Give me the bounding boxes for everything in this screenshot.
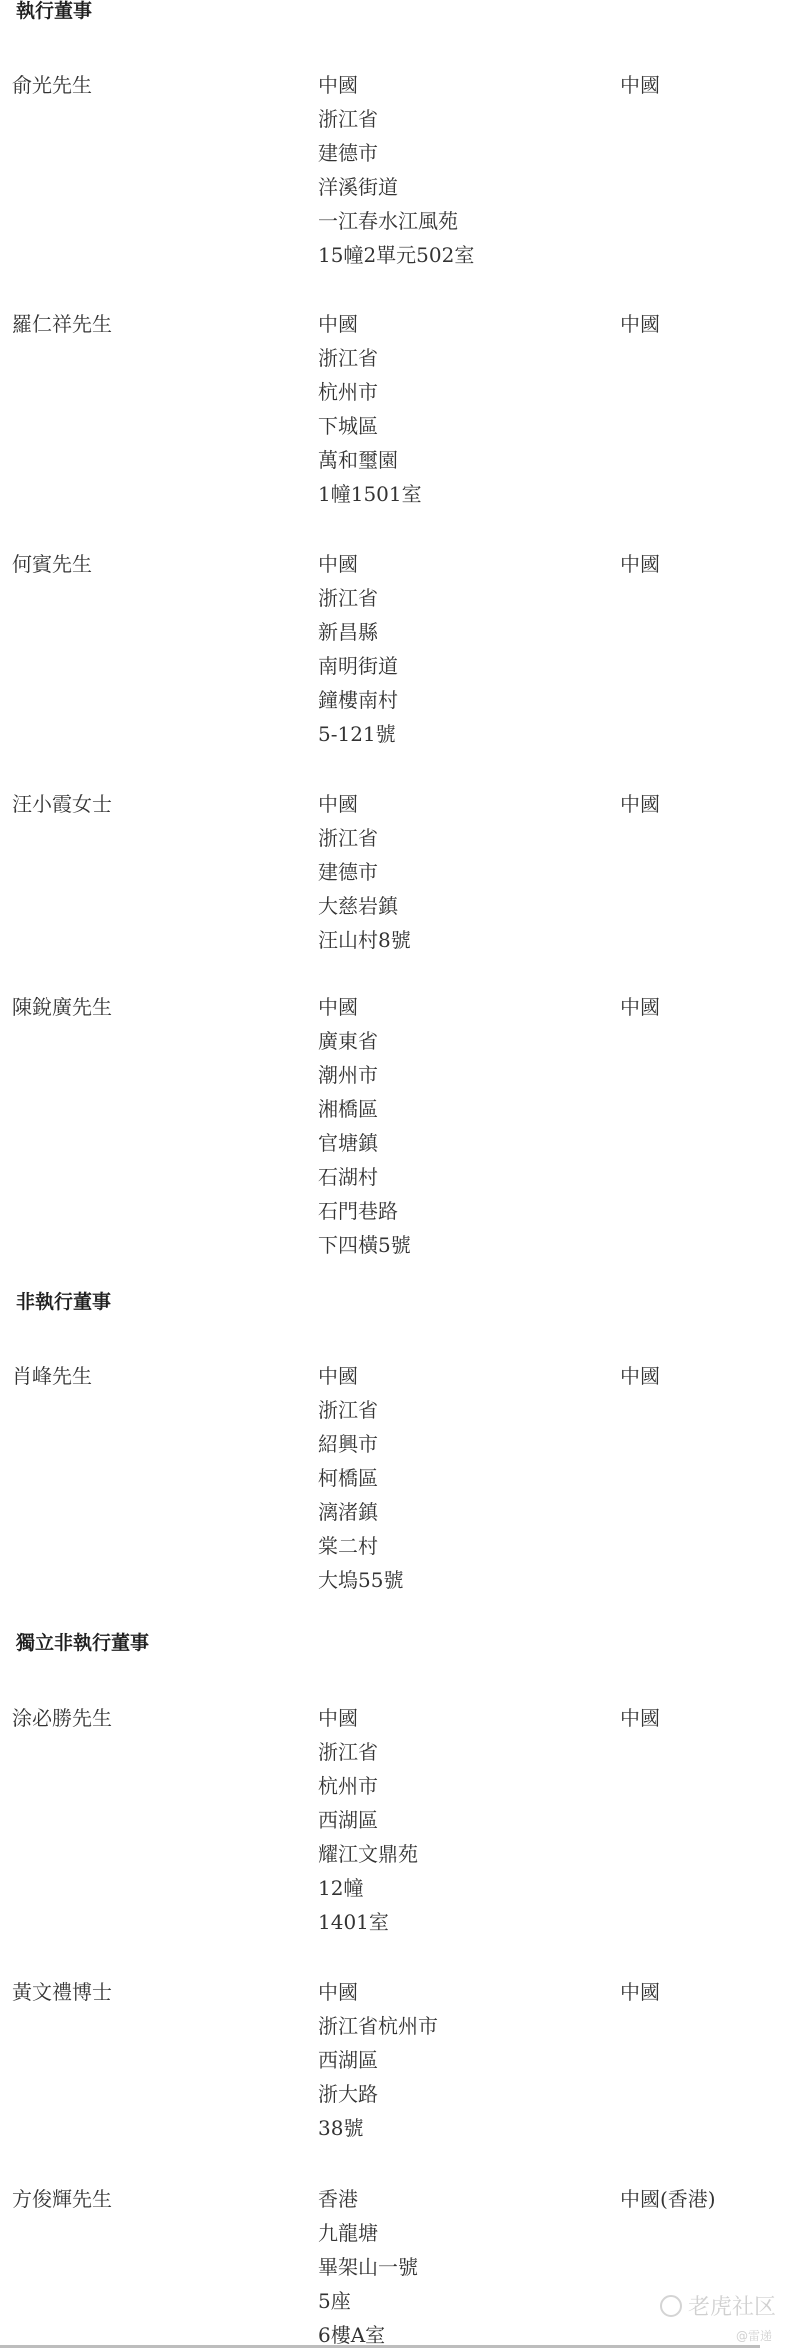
address-line: 鐘樓南村 [318, 683, 398, 717]
address-line: 九龍塘 [318, 2216, 418, 2250]
watermark-brand: 老虎社区 [688, 2290, 776, 2321]
address-line: 大塢55號 [318, 1563, 403, 1597]
address-line: 浙江省杭州市 [318, 2009, 438, 2043]
address-line: 浙江省 [318, 821, 411, 855]
address-line: 中國 [318, 307, 422, 341]
address-line: 浙江省 [318, 1393, 403, 1427]
address-line: 下城區 [318, 409, 422, 443]
address-line: 西湖區 [318, 1803, 418, 1837]
director-name: 黃文禮博士 [12, 1975, 112, 2009]
director-address: 中國 浙江省杭州市 西湖區 浙大路 38號 [318, 1975, 438, 2145]
section-header-executive-directors: 執行董事 [16, 0, 92, 22]
watermark-logo: 老虎社区 [660, 2290, 776, 2321]
address-line: 廣東省 [318, 1024, 411, 1058]
address-line: 漓渚鎮 [318, 1495, 403, 1529]
address-line: 1401室 [318, 1905, 418, 1939]
watermark-user: @雷递 [660, 2327, 776, 2344]
address-line: 石湖村 [318, 1160, 411, 1194]
address-line: 棠二村 [318, 1529, 403, 1563]
address-line: 浙江省 [318, 1735, 418, 1769]
address-line: 潮州市 [318, 1058, 411, 1092]
address-line: 杭州市 [318, 375, 422, 409]
director-address: 中國 浙江省 紹興市 柯橋區 漓渚鎮 棠二村 大塢55號 [318, 1359, 403, 1597]
address-line: 西湖區 [318, 2043, 438, 2077]
director-address: 中國 浙江省 建德市 大慈岩鎮 汪山村8號 [318, 787, 411, 957]
address-line: 建德市 [318, 136, 474, 170]
address-line: 畢架山一號 [318, 2250, 418, 2284]
address-line: 大慈岩鎮 [318, 889, 411, 923]
section-header-non-executive-directors: 非執行董事 [16, 1291, 111, 1313]
address-line: 15幢2單元502室 [318, 238, 474, 272]
address-line: 南明街道 [318, 649, 398, 683]
address-line: 耀江文鼎苑 [318, 1837, 418, 1871]
address-line: 中國 [318, 1359, 403, 1393]
address-line: 38號 [318, 2111, 438, 2145]
address-line: 12幢 [318, 1871, 418, 1905]
director-name: 涂必勝先生 [12, 1701, 112, 1735]
tiger-logo-icon [660, 2295, 682, 2317]
director-name: 方俊輝先生 [12, 2182, 112, 2216]
address-line: 中國 [318, 990, 411, 1024]
director-address: 中國 浙江省 新昌縣 南明街道 鐘樓南村 5-121號 [318, 547, 398, 751]
director-nationality: 中國 [620, 547, 660, 581]
address-line: 浙大路 [318, 2077, 438, 2111]
address-line: 杭州市 [318, 1769, 418, 1803]
address-line: 5座 [318, 2284, 418, 2318]
address-line: 中國 [318, 1701, 418, 1735]
director-address: 中國 浙江省 杭州市 西湖區 耀江文鼎苑 12幢 1401室 [318, 1701, 418, 1939]
address-line: 中國 [318, 787, 411, 821]
director-name: 陳銳廣先生 [12, 990, 112, 1024]
director-nationality: 中國(香港) [620, 2182, 716, 2216]
section-header-independent-non-executive-directors: 獨立非執行董事 [16, 1632, 149, 1654]
address-line: 6樓A室 [318, 2318, 418, 2348]
director-name: 何賓先生 [12, 547, 92, 581]
address-line: 湘橋區 [318, 1092, 411, 1126]
address-line: 浙江省 [318, 581, 398, 615]
address-line: 新昌縣 [318, 615, 398, 649]
director-address: 中國 廣東省 潮州市 湘橋區 官塘鎮 石湖村 石門巷路 下四橫5號 [318, 990, 411, 1262]
address-line: 紹興市 [318, 1427, 403, 1461]
director-nationality: 中國 [620, 1701, 660, 1735]
address-line: 萬和璽園 [318, 443, 422, 477]
director-address: 中國 浙江省 杭州市 下城區 萬和璽園 1幢1501室 [318, 307, 422, 511]
director-name: 汪小霞女士 [12, 787, 112, 821]
director-nationality: 中國 [620, 1975, 660, 2009]
director-nationality: 中國 [620, 307, 660, 341]
watermark: 老虎社区 @雷递 [660, 2290, 776, 2344]
address-line: 1幢1501室 [318, 477, 422, 511]
director-address: 中國 浙江省 建德市 洋溪街道 一江春水江風苑 15幢2單元502室 [318, 68, 474, 272]
director-nationality: 中國 [620, 990, 660, 1024]
address-line: 一江春水江風苑 [318, 204, 474, 238]
address-line: 香港 [318, 2182, 418, 2216]
address-line: 建德市 [318, 855, 411, 889]
address-line: 石門巷路 [318, 1194, 411, 1228]
address-line: 中國 [318, 68, 474, 102]
address-line: 浙江省 [318, 102, 474, 136]
director-name: 俞光先生 [12, 68, 92, 102]
director-nationality: 中國 [620, 787, 660, 821]
address-line: 官塘鎮 [318, 1126, 411, 1160]
address-line: 洋溪街道 [318, 170, 474, 204]
director-address: 香港 九龍塘 畢架山一號 5座 6樓A室 [318, 2182, 418, 2348]
director-name: 羅仁祥先生 [12, 307, 112, 341]
director-nationality: 中國 [620, 1359, 660, 1393]
address-line: 浙江省 [318, 341, 422, 375]
address-line: 汪山村8號 [318, 923, 411, 957]
address-line: 下四橫5號 [318, 1228, 411, 1262]
address-line: 中國 [318, 547, 398, 581]
director-name: 肖峰先生 [12, 1359, 92, 1393]
address-line: 中國 [318, 1975, 438, 2009]
director-nationality: 中國 [620, 68, 660, 102]
address-line: 5-121號 [318, 717, 398, 751]
address-line: 柯橋區 [318, 1461, 403, 1495]
